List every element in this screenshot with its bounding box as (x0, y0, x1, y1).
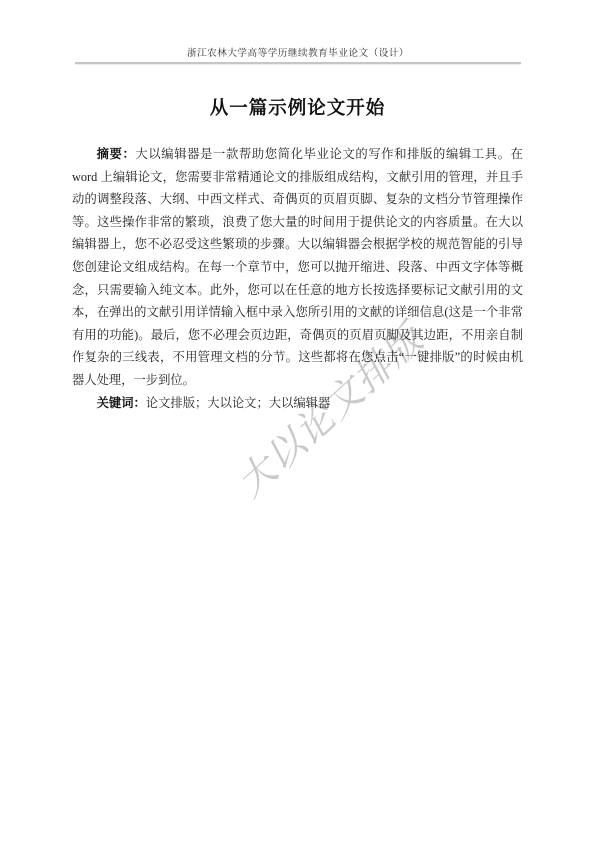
header-rule (75, 62, 521, 65)
keywords-paragraph: 关键词：论文排版；大以论文；大以编辑器 (72, 392, 523, 415)
page-title: 从一篇示例论文开始 (0, 94, 595, 120)
keywords-text: 论文排版；大以论文；大以编辑器 (146, 396, 330, 410)
abstract-section: 摘要：大以编辑器是一款帮助您简化毕业论文的写作和排版的编辑工具。在 word 上… (72, 143, 523, 414)
page-header: 浙江农林大学高等学历继续教育毕业论文（设计） (75, 45, 521, 59)
abstract-paragraph: 摘要：大以编辑器是一款帮助您简化毕业论文的写作和排版的编辑工具。在 word 上… (72, 143, 523, 392)
abstract-text: 大以编辑器是一款帮助您简化毕业论文的写作和排版的编辑工具。在 word 上编辑论… (72, 147, 523, 387)
abstract-label: 摘要： (97, 147, 136, 161)
thesis-page: 浙江农林大学高等学历继续教育毕业论文（设计） 从一篇示例论文开始 大以论文排版 … (0, 0, 595, 842)
keywords-label: 关键词： (97, 396, 146, 410)
